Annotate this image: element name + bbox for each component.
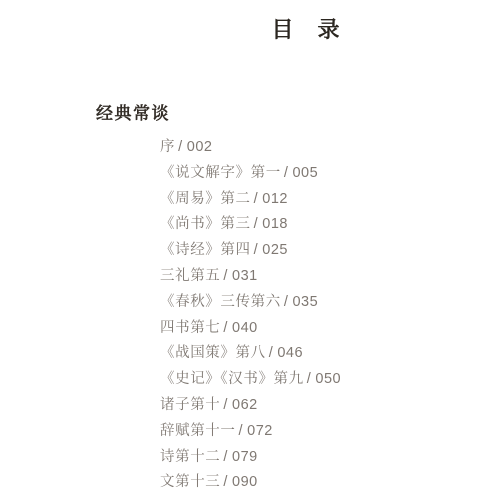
toc-item-page-number: 062 — [232, 397, 258, 413]
toc-item-separator: / — [178, 139, 183, 155]
toc-item-separator: / — [223, 320, 228, 336]
toc-item-page-number: 005 — [292, 165, 318, 181]
toc-item-label: 诸子第十 — [160, 397, 220, 413]
toc-item-separator: / — [307, 371, 312, 387]
toc-item-separator: / — [254, 191, 259, 207]
toc-item-label: 《周易》第二 — [160, 191, 251, 207]
toc-item-separator: / — [254, 216, 259, 232]
toc-item-label: 《史记》《汉书》第九 — [160, 371, 304, 387]
toc-item-label: 《战国策》第八 — [160, 345, 266, 361]
toc-item-label: 四书第七 — [160, 320, 220, 336]
toc-item-page-number: 031 — [232, 268, 258, 284]
toc-item-label: 辞赋第十一 — [160, 423, 236, 439]
toc-item-label: 《诗经》第四 — [160, 242, 251, 258]
toc-item[interactable]: 三礼第五/031 — [160, 264, 341, 290]
toc-item[interactable]: 《诗经》第四/025 — [160, 238, 341, 264]
toc-item-separator: / — [239, 423, 244, 439]
toc-item-separator: / — [223, 474, 228, 490]
toc-item[interactable]: 《说文解字》第一/005 — [160, 161, 341, 187]
toc-item-label: 《尚书》第三 — [160, 216, 251, 232]
toc-item-separator: / — [223, 449, 228, 465]
toc-item-label: 文第十三 — [160, 474, 220, 490]
toc-item-page-number: 040 — [232, 320, 258, 336]
toc-item[interactable]: 诸子第十/062 — [160, 393, 341, 419]
toc-item-separator: / — [254, 242, 259, 258]
toc-item[interactable]: 文第十三/090 — [160, 470, 341, 496]
toc-item-page-number: 046 — [277, 345, 303, 361]
toc-page: 目 录 经典常谈 序/002 《说文解字》第一/005 《周易》第二/012 《… — [0, 0, 500, 500]
toc-item-separator: / — [223, 268, 228, 284]
toc-item-page-number: 050 — [315, 371, 341, 387]
toc-item-separator: / — [284, 165, 289, 181]
toc-item-label: 序 — [160, 139, 175, 155]
toc-item-page-number: 012 — [262, 191, 288, 207]
toc-item-page-number: 025 — [262, 242, 288, 258]
toc-item-page-number: 079 — [232, 449, 258, 465]
toc-item-page-number: 035 — [292, 294, 318, 310]
toc-item[interactable]: 四书第七/040 — [160, 316, 341, 342]
toc-item[interactable]: 《史记》《汉书》第九/050 — [160, 367, 341, 393]
toc-item-page-number: 090 — [232, 474, 258, 490]
toc-item[interactable]: 序/002 — [160, 135, 341, 161]
page-title: 目 录 — [0, 18, 500, 42]
section-heading: 经典常谈 — [96, 99, 170, 124]
toc-item-separator: / — [223, 397, 228, 413]
toc-list: 序/002 《说文解字》第一/005 《周易》第二/012 《尚书》第三/018… — [160, 135, 341, 496]
toc-item[interactable]: 《尚书》第三/018 — [160, 212, 341, 238]
toc-item-page-number: 002 — [187, 139, 213, 155]
toc-item-page-number: 018 — [262, 216, 288, 232]
toc-item-label: 三礼第五 — [160, 268, 220, 284]
toc-item[interactable]: 诗第十二/079 — [160, 445, 341, 471]
toc-item[interactable]: 《春秋》三传第六/035 — [160, 290, 341, 316]
toc-item-separator: / — [269, 345, 274, 361]
toc-item-page-number: 072 — [247, 423, 273, 439]
toc-item-label: 《说文解字》第一 — [160, 165, 281, 181]
toc-item[interactable]: 辞赋第十一/072 — [160, 419, 341, 445]
toc-item-label: 《春秋》三传第六 — [160, 294, 281, 310]
toc-item[interactable]: 《战国策》第八/046 — [160, 341, 341, 367]
toc-item[interactable]: 《周易》第二/012 — [160, 187, 341, 213]
toc-item-separator: / — [284, 294, 289, 310]
toc-item-label: 诗第十二 — [160, 449, 220, 465]
